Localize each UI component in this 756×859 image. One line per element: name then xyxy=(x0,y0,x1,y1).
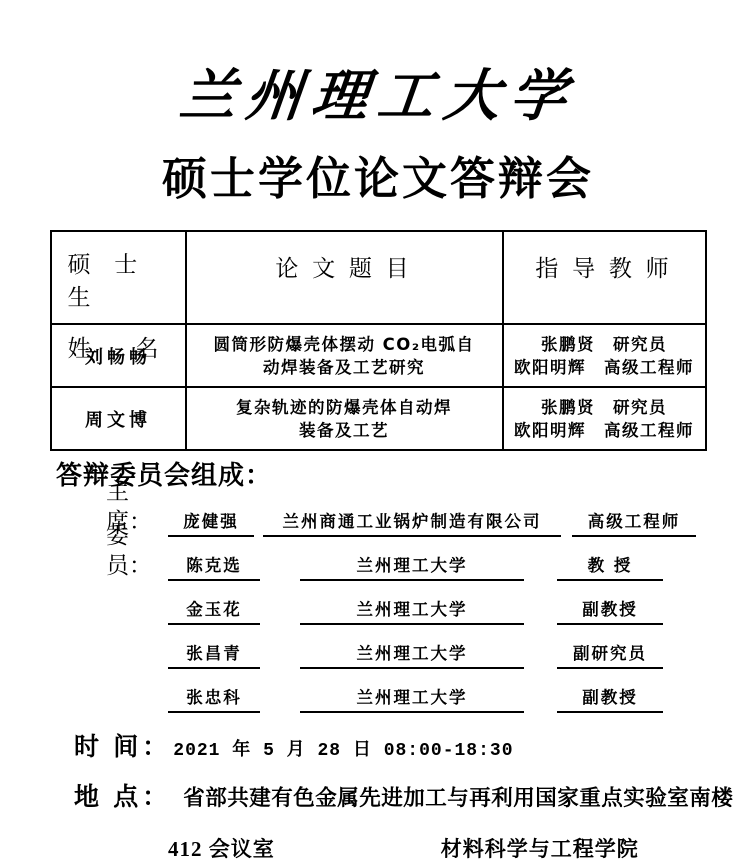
member-label: 委员： xyxy=(106,521,168,581)
defense-table: 硕 士 生 姓 名 论 文 题 目 指 导 教 师 刘畅畅 圆筒形防爆壳体摆动 … xyxy=(50,230,707,451)
member-organization: 兰州理工大学 xyxy=(300,684,524,713)
location-room: 412 会议室 xyxy=(168,833,275,859)
committee-chairman-row: 主席： 庞健强 兰州商通工业锅炉制造有限公司 高级工程师 xyxy=(106,506,756,537)
page-title: 硕士学位论文答辩会 xyxy=(0,148,756,210)
member-title: 副教授 xyxy=(557,684,663,713)
table-row-student-name: 周文博 xyxy=(52,388,187,449)
department-name: 材料科学与工程学院 xyxy=(441,833,639,859)
member-name: 张忠科 xyxy=(168,684,260,713)
member-title: 副教授 xyxy=(557,596,663,625)
member-title: 教 授 xyxy=(557,552,663,581)
member-name: 张昌青 xyxy=(168,640,260,669)
advisor-line2: 欧阳明辉 高级工程师 xyxy=(514,419,694,442)
table-row-student-name: 刘畅畅 xyxy=(52,325,187,388)
member-name: 陈克选 xyxy=(168,552,260,581)
table-header-advisor: 指 导 教 师 xyxy=(504,232,705,325)
advisor-line1: 张鹏贤 研究员 xyxy=(541,333,667,356)
table-row-thesis: 复杂轨迹的防爆壳体自动焊 装备及工艺 xyxy=(187,388,504,449)
member-organization: 兰州理工大学 xyxy=(300,552,524,581)
location-value: 省部共建有色金属先进加工与再利用国家重点实验室南楼 xyxy=(183,781,733,812)
table-row-advisors: 张鹏贤 研究员 欧阳明辉 高级工程师 xyxy=(504,388,705,449)
advisor-line1: 张鹏贤 研究员 xyxy=(541,396,667,419)
member-organization: 兰州理工大学 xyxy=(300,596,524,625)
committee-member-row: 委员： 陈克选 兰州理工大学 教 授 xyxy=(106,550,756,581)
thesis-line2: 装备及工艺 xyxy=(299,419,389,442)
committee-member-row: 张昌青 兰州理工大学 副研究员 xyxy=(106,638,756,669)
table-row-thesis: 圆筒形防爆壳体摆动 CO₂电弧自 动焊装备及工艺研究 xyxy=(187,325,504,388)
thesis-line1: 复杂轨迹的防爆壳体自动焊 xyxy=(236,396,452,419)
document-page: 兰州理工大学 硕士学位论文答辩会 硕 士 生 姓 名 论 文 题 目 指 导 教… xyxy=(0,0,756,859)
member-organization: 兰州理工大学 xyxy=(300,640,524,669)
table-row-advisors: 张鹏贤 研究员 欧阳明辉 高级工程师 xyxy=(504,325,705,388)
location-label: 地 点： xyxy=(74,777,171,813)
time-label: 时 间： xyxy=(74,727,171,763)
table-header-thesis-title: 论 文 题 目 xyxy=(187,232,504,325)
thesis-line1: 圆筒形防爆壳体摆动 CO₂电弧自 xyxy=(213,333,474,356)
location-row: 地 点： 省部共建有色金属先进加工与再利用国家重点实验室南楼 xyxy=(74,777,756,813)
time-value: 2021 年 5 月 28 日 08:00-18:30 xyxy=(173,735,513,761)
bottom-row: 412 会议室 材料科学与工程学院 xyxy=(0,833,756,859)
thesis-line2: 动焊装备及工艺研究 xyxy=(263,356,425,379)
advisor-line2: 欧阳明辉 高级工程师 xyxy=(514,356,694,379)
chairman-title: 高级工程师 xyxy=(572,508,696,537)
chairman-name: 庞健强 xyxy=(168,508,254,537)
table-header-student-name: 硕 士 生 姓 名 xyxy=(52,232,187,325)
member-name: 金玉花 xyxy=(168,596,260,625)
member-title: 副研究员 xyxy=(557,640,663,669)
committee-member-row: 金玉花 兰州理工大学 副教授 xyxy=(106,594,756,625)
time-row: 时 间： 2021 年 5 月 28 日 08:00-18:30 xyxy=(74,727,756,763)
university-logo-calligraphy: 兰州理工大学 xyxy=(0,56,756,136)
header-student-line1: 硕 士 生 xyxy=(68,246,169,312)
chairman-organization: 兰州商通工业锅炉制造有限公司 xyxy=(263,508,561,537)
committee-member-row: 张忠科 兰州理工大学 副教授 xyxy=(106,682,756,713)
